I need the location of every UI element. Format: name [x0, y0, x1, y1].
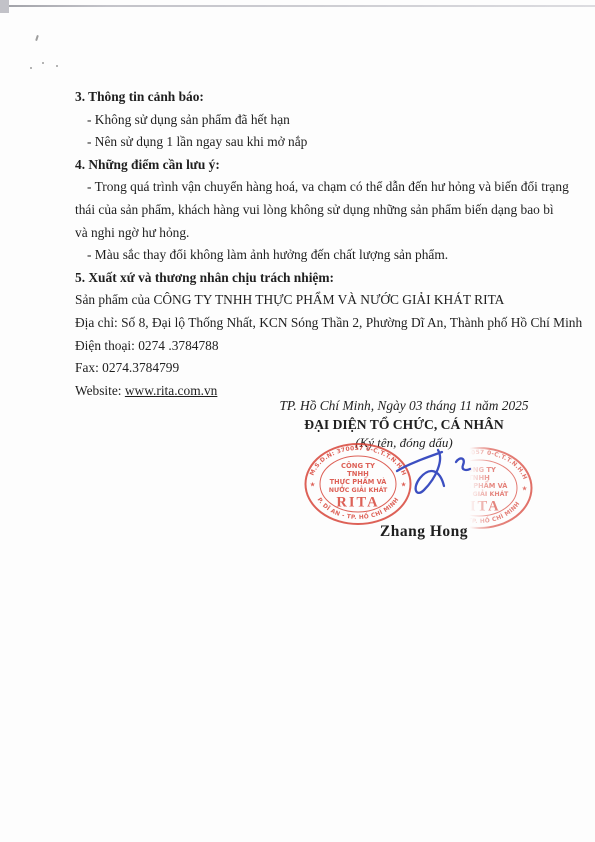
- company-line: Sản phẩm của CÔNG TY TNHH THỰC PHẨM VÀ N…: [75, 289, 553, 312]
- bullet-item: - Trong quá trình vận chuyển hàng hoá, v…: [75, 176, 553, 199]
- scan-corner-artifact: [0, 0, 9, 13]
- bullet-item: - Màu sắc thay đổi không làm ảnh hưởng đ…: [75, 244, 553, 267]
- seal-brand-name: RITA: [336, 495, 379, 511]
- section-heading-origin: 5. Xuất xứ và thương nhân chịu trách nhi…: [75, 267, 553, 290]
- star-icon: ★: [310, 481, 316, 489]
- body-line: thái của sản phẩm, khách hàng vui lòng k…: [75, 199, 553, 222]
- bullet-item: - Nên sử dụng 1 lần ngay sau khi mở nắp: [75, 131, 553, 154]
- fax-line: Fax: 0274.3784799: [75, 357, 553, 380]
- seal-org-line: CÔNG TY: [341, 461, 375, 470]
- scan-edge-artifact: [0, 5, 595, 7]
- seal-org-line: TNHH: [347, 470, 369, 478]
- pencil-speck: [35, 35, 39, 41]
- body-line: và nghi ngờ hư hỏng.: [75, 222, 553, 245]
- website-link[interactable]: www.rita.com.vn: [125, 383, 217, 398]
- pencil-speck: [30, 67, 32, 69]
- signer-name: Zhang Hong: [344, 523, 504, 541]
- address-line: Địa chỉ: Số 8, Đại lộ Thống Nhất, KCN Só…: [75, 312, 553, 335]
- document-body: 3. Thông tin cảnh báo: - Không sử dụng s…: [75, 86, 553, 402]
- phone-line: Điện thoại: 0274 .3784788: [75, 335, 553, 358]
- pencil-speck: [56, 65, 58, 67]
- scanned-document-page: 3. Thông tin cảnh báo: - Không sử dụng s…: [0, 0, 595, 842]
- star-icon: ★: [522, 485, 528, 493]
- handwritten-signature: [378, 440, 483, 512]
- website-label: Website:: [75, 383, 125, 398]
- section-heading-warnings: 3. Thông tin cảnh báo:: [75, 86, 553, 109]
- section-heading-notes: 4. Những điểm cần lưu ý:: [75, 154, 553, 177]
- bullet-item: - Không sử dụng sản phẩm đã hết hạn: [75, 109, 553, 132]
- place-date-line: TP. Hồ Chí Minh, Ngày 03 tháng 11 năm 20…: [258, 398, 550, 414]
- representative-title: ĐẠI DIỆN TỔ CHỨC, CÁ NHÂN: [258, 417, 550, 433]
- pencil-speck: [42, 62, 44, 64]
